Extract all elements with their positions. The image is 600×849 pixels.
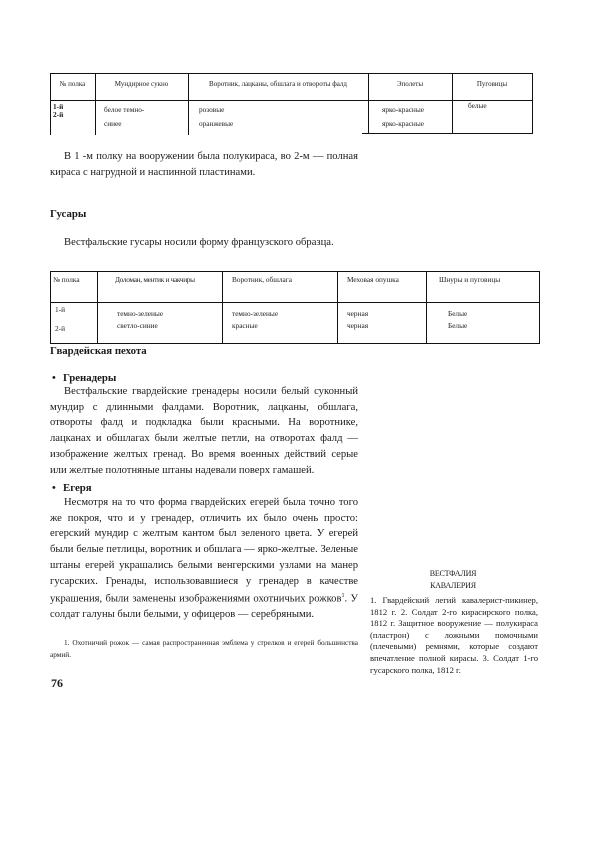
paragraph-text: Несмотря на то что форма гвардейских еге… bbox=[50, 497, 358, 605]
table-header-cell: Шнуры и пуговицы bbox=[439, 275, 500, 284]
table-border bbox=[50, 100, 533, 101]
bullet-icon: • bbox=[52, 482, 63, 494]
table-cell: Белые bbox=[448, 321, 467, 330]
heading-text: Гренадеры bbox=[63, 372, 116, 384]
table-border bbox=[50, 302, 540, 303]
table-header-cell: Эполеты bbox=[368, 80, 452, 88]
table-cell-regiment: 2-й bbox=[55, 324, 65, 333]
footnote-text: 1. Охотничий рожок — самая распространен… bbox=[50, 638, 358, 659]
table-cell: черная bbox=[347, 321, 368, 330]
table-border bbox=[337, 271, 338, 344]
table-border bbox=[50, 271, 540, 272]
table-border bbox=[539, 271, 540, 344]
table-cell: розовые bbox=[199, 105, 224, 114]
table-cell: оранжевые bbox=[199, 119, 233, 128]
footnote: 1. Охотничий рожок — самая распространен… bbox=[50, 637, 358, 660]
table-header-cell: Мундирное сукно bbox=[95, 80, 188, 88]
table-cell: белые bbox=[468, 101, 487, 110]
table-header-cell: Воротник, лацканы, обшлага и отвороты фа… bbox=[188, 80, 368, 88]
heading-jaegers: •Егеря bbox=[52, 482, 92, 494]
table-border bbox=[426, 271, 427, 344]
paragraph-text: В 1 -м полку на вооружении была полукира… bbox=[50, 151, 358, 178]
caption-title-branch: КАВАЛЕРИЯ bbox=[368, 580, 538, 592]
table-border bbox=[222, 271, 223, 344]
page-number: 76 bbox=[51, 676, 63, 691]
heading-grenadiers: •Гренадеры bbox=[52, 372, 116, 384]
table-header-cell: № полка bbox=[53, 275, 80, 284]
table-cell: черная bbox=[347, 309, 368, 318]
table-cell: темно-зеленые bbox=[232, 309, 278, 318]
paragraph-hussars: Вестфальские гусары носили форму француз… bbox=[50, 235, 358, 251]
table-border bbox=[97, 271, 98, 344]
heading-guard-infantry: Гвардейская пехота bbox=[50, 345, 147, 357]
table-border bbox=[50, 73, 533, 74]
table-border bbox=[50, 343, 540, 344]
paragraph-cuirass: В 1 -м полку на вооружении была полукира… bbox=[50, 149, 358, 180]
table-cell: темно-зеленые bbox=[117, 309, 163, 318]
paragraph-text: Вестфальские гвардейские гренадеры носил… bbox=[50, 386, 358, 476]
table-header-cell: № полка bbox=[50, 80, 95, 88]
caption-body: 1. Гвардейский легий кавалерист-пикинер,… bbox=[370, 595, 538, 676]
table-cell: ярко-красные bbox=[382, 105, 424, 114]
table-cell: синее bbox=[104, 119, 122, 128]
table-cell: светло-синие bbox=[117, 321, 158, 330]
table-cell: ярко-красные bbox=[382, 119, 424, 128]
paragraph-jaegers: Несмотря на то что форма гвардейских еге… bbox=[50, 495, 358, 623]
heading-text: Егеря bbox=[63, 482, 92, 494]
paragraph-grenadiers: Вестфальские гвардейские гренадеры носил… bbox=[50, 384, 358, 478]
table-cell: красные bbox=[232, 321, 258, 330]
table-cell: белое темно- bbox=[104, 105, 144, 114]
table-border bbox=[50, 271, 51, 344]
table-cell-regiment: 2-й bbox=[53, 110, 63, 119]
table-border bbox=[362, 133, 533, 134]
table-border bbox=[532, 73, 533, 134]
table-header-cell: Воротник, обшлага bbox=[232, 275, 292, 284]
heading-hussars: Гусары bbox=[50, 208, 86, 220]
table-header-cell: Меховая опушка bbox=[347, 275, 399, 284]
table-header-cell: Пуговицы bbox=[452, 80, 532, 88]
table-header-cell: Доломан, ментик и чакчиры bbox=[115, 275, 195, 284]
table-cell: Белые bbox=[448, 309, 467, 318]
bullet-icon: • bbox=[52, 372, 63, 384]
table-cell-regiment: 1-й bbox=[55, 305, 65, 314]
paragraph-text: Вестфальские гусары носили форму француз… bbox=[64, 237, 334, 248]
caption-title-country: ВЕСТФАЛИЯ bbox=[368, 568, 538, 580]
